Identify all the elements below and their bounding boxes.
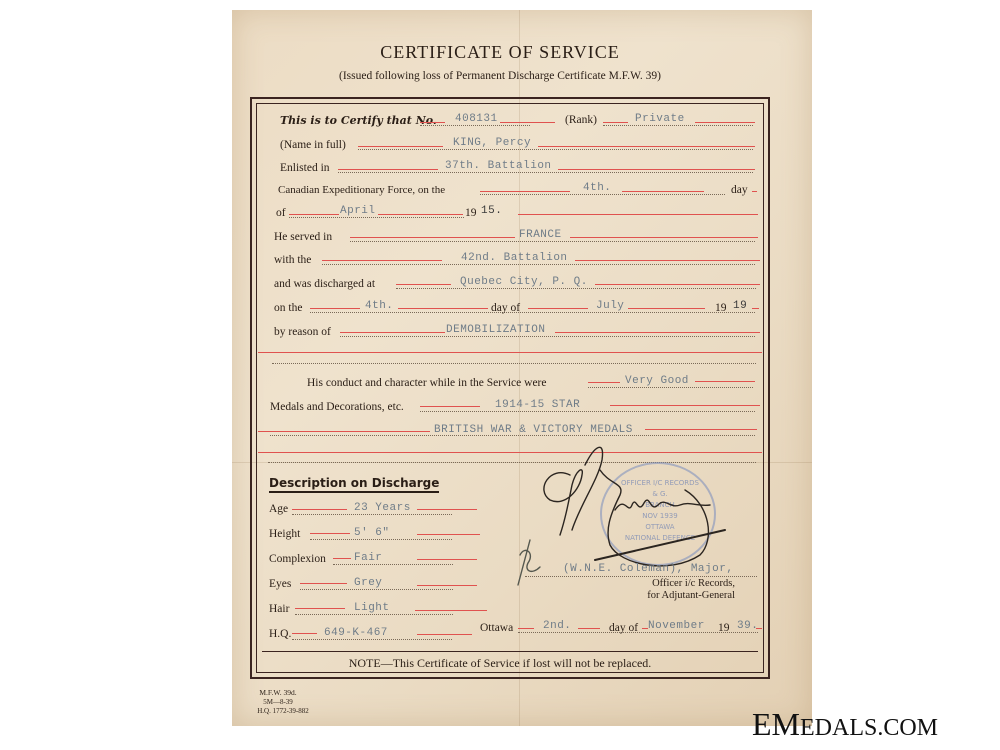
red-rule (756, 628, 762, 629)
red-rule (518, 628, 534, 629)
discharge-month: July (596, 300, 624, 312)
issue-year-prefix: 19 (718, 622, 730, 634)
conduct-value: Very Good (625, 375, 689, 387)
red-rule (300, 583, 347, 584)
red-rule (575, 260, 760, 261)
issue-day: 2nd. (543, 620, 571, 632)
enlist-month: April (340, 205, 376, 217)
served-unit: 42nd. Battalion (461, 252, 568, 264)
red-rule (310, 533, 350, 534)
red-rule (333, 558, 351, 559)
note-separator (262, 651, 758, 652)
red-rule (420, 122, 445, 123)
red-rule (396, 284, 451, 285)
dotted-rule (420, 410, 755, 412)
enlist-year-suffix: 15. (481, 205, 502, 217)
red-rule (622, 191, 704, 192)
watermark-dotcom: .COM (877, 715, 938, 741)
red-rule (538, 146, 755, 147)
red-rule (555, 332, 760, 333)
signer-name: (W.N.E. Coleman), Major, (563, 563, 733, 575)
red-rule (588, 382, 620, 383)
age-label: Age (269, 503, 288, 515)
rank-label: (Rank) (565, 114, 597, 126)
hq-label: H.Q. (269, 628, 291, 640)
full-name: KING, Percy (453, 137, 531, 149)
height-label: Height (269, 528, 300, 540)
reason-label: by reason of (274, 326, 331, 338)
dotted-rule (525, 575, 757, 577)
hair-value: Light (354, 602, 390, 614)
red-rule (578, 628, 600, 629)
name-label: (Name in full) (280, 139, 346, 151)
red-rule (595, 284, 760, 285)
red-rule (322, 260, 442, 261)
with-label: with the (274, 254, 311, 266)
note-text: NOTE—This Certificate of Service if lost… (0, 656, 1000, 671)
served-in: FRANCE (519, 229, 562, 241)
discharge-year-prefix: 19 (715, 302, 727, 314)
red-rule (417, 634, 472, 635)
eyes-value: Grey (354, 577, 382, 589)
day-label: day (731, 184, 748, 196)
enlisted-unit: 37th. Battalion (445, 160, 552, 172)
certify-label: This is to Certify that No. (280, 114, 437, 127)
service-number: 408131 (455, 113, 498, 125)
issue-place: Ottawa (480, 622, 513, 634)
red-rule (417, 559, 477, 560)
red-rule (310, 308, 360, 309)
red-rule (292, 509, 347, 510)
discharge-reason: DEMOBILIZATION (446, 324, 545, 336)
issue-day-of-label: day of (609, 622, 638, 634)
red-rule (398, 308, 488, 309)
red-rule (295, 608, 345, 609)
red-rule (358, 146, 443, 147)
red-rule (420, 406, 480, 407)
medals-label: Medals and Decorations, etc. (270, 401, 404, 413)
enlist-year-prefix: 19 (465, 207, 477, 219)
form-code-3: H.Q. 1772-39-882 (253, 707, 313, 715)
red-rule (610, 405, 760, 406)
officer-title-2: for Adjutant-General (590, 590, 735, 601)
red-rule (518, 214, 758, 215)
dotted-rule (603, 124, 753, 126)
served-label: He served in (274, 231, 332, 243)
red-rule (695, 381, 755, 382)
red-rule (695, 122, 755, 123)
red-rule (258, 431, 430, 432)
red-rule (338, 169, 438, 170)
description-heading: Description on Discharge (269, 476, 439, 493)
red-rule (528, 308, 588, 309)
red-rule (350, 237, 515, 238)
dotted-rule (358, 148, 753, 150)
red-rule (570, 237, 758, 238)
form-code-1: M.F.W. 39d. (253, 688, 303, 697)
document-subtitle: (Issued following loss of Permanent Disc… (0, 70, 1000, 82)
form-code-2: 5M—8-39 (253, 698, 303, 706)
officer-title-1: Officer i/c Records, (600, 578, 735, 589)
red-rule (415, 610, 487, 611)
red-rule (378, 214, 463, 215)
of-label: of (276, 207, 286, 219)
red-rule (417, 509, 477, 510)
discharge-day: 4th. (365, 300, 393, 312)
issue-month: November (648, 620, 705, 632)
watermark-m: M (772, 706, 800, 742)
discharge-year-suffix: 19 (733, 300, 747, 312)
age-value: 23 Years (354, 502, 411, 514)
discharged-label: and was discharged at (274, 278, 375, 290)
enlisted-label: Enlisted in (280, 162, 330, 174)
red-rule (417, 585, 477, 586)
cef-label: Canadian Expeditionary Force, on the (278, 184, 445, 196)
red-rule (628, 308, 705, 309)
emedals-watermark: EMEDALS.COM (752, 706, 938, 743)
red-rule (752, 191, 757, 192)
watermark-rest: EDALS (800, 715, 877, 741)
discharged-at: Quebec City, P. Q. (460, 276, 588, 288)
complexion-value: Fair (354, 552, 382, 564)
red-rule (752, 308, 759, 309)
red-rule (289, 214, 339, 215)
red-rule (500, 122, 555, 123)
on-the-label: on the (274, 302, 302, 314)
dotted-rule (289, 216, 464, 218)
red-rule (603, 122, 628, 123)
dotted-rule (340, 335, 755, 337)
height-value: 5' 6" (354, 527, 390, 539)
hair-label: Hair (269, 603, 289, 615)
red-rule (558, 169, 755, 170)
dotted-rule (272, 362, 756, 364)
dotted-rule (333, 563, 453, 565)
red-rule (645, 429, 757, 430)
red-rule (480, 191, 570, 192)
medals-line-1: 1914-15 STAR (495, 399, 580, 411)
red-rule (417, 534, 480, 535)
eyes-label: Eyes (269, 578, 291, 590)
document-title: CERTIFICATE OF SERVICE (0, 42, 1000, 63)
red-rule (258, 352, 762, 353)
issue-year-suffix: 39. (737, 620, 758, 632)
day-of-label: day of (491, 302, 520, 314)
red-rule (292, 633, 317, 634)
red-rule (340, 332, 445, 333)
enlist-day: 4th. (583, 182, 611, 194)
hq-value: 649-K-467 (324, 627, 388, 639)
complexion-label: Complexion (269, 553, 326, 565)
watermark-e: E (752, 706, 772, 742)
conduct-label: His conduct and character while in the S… (307, 377, 546, 389)
